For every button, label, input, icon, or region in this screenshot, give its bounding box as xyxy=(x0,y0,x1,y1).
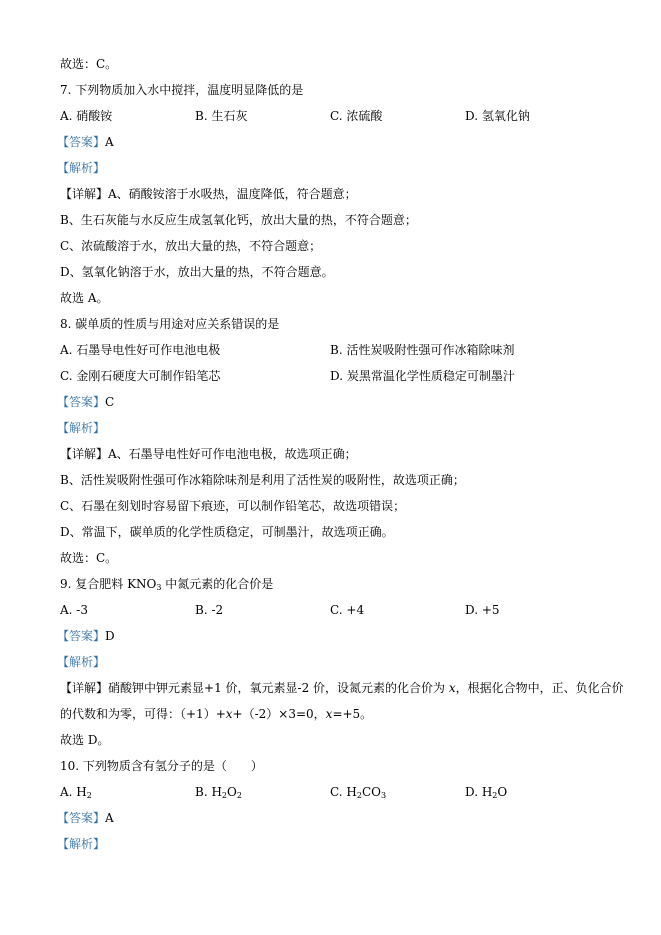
variable-x: x xyxy=(449,681,456,695)
q8-option-c: C. 金刚石硬度大可制作铅笔芯 xyxy=(60,363,330,389)
q9-question: 9. 复合肥料 KNO3 中氮元素的化合价是 xyxy=(60,571,620,597)
q7-options: A. 硝酸铵 B. 生石灰 C. 浓硫酸 D. 氢氧化钠 xyxy=(60,103,620,129)
q7-option-a: A. 硝酸铵 xyxy=(60,103,195,129)
formula-text: O xyxy=(227,785,237,799)
q9-detail-2: 的代数和为零，可得：（+1）+x+（-2）×3=0，x=+5。 xyxy=(60,701,620,727)
q9-options: A. -3 B. -2 C. +4 D. +5 xyxy=(60,597,620,623)
q8-option-b: B. 活性炭吸附性强可作冰箱除味剂 xyxy=(330,337,600,363)
q7-option-d: D. 氢氧化钠 xyxy=(465,103,600,129)
answer-tag: 【答案】 xyxy=(57,629,105,643)
q8-detail-2: B、活性炭吸附性强可作冰箱除味剂是利用了活性炭的吸附性，故选项正确； xyxy=(60,467,620,493)
detail-text: A、硝酸铵溶于水吸热，温度降低，符合题意； xyxy=(108,187,357,201)
formula-text: B. H xyxy=(195,785,222,799)
q10-option-b: B. H2O2 xyxy=(195,779,330,805)
q8-option-d: D. 炭黑常温化学性质稳定可制墨汁 xyxy=(330,363,600,389)
detail-text: 硝酸钾中钾元素显+1 价，氧元素显-2 价，设氮元素的化合价为 xyxy=(108,681,449,695)
answer-value: C xyxy=(105,395,114,409)
q10-answer: 【答案】A xyxy=(60,805,620,831)
formula-text: O xyxy=(497,785,507,799)
question-text: 9. 复合肥料 KNO xyxy=(60,577,156,591)
q8-detail-3: C、石墨在刻划时容易留下痕迹，可以制作铅笔芯，故选项错误； xyxy=(60,493,620,519)
q8-detail-4: D、常温下，碳单质的化学性质稳定，可制墨汁，故选项正确。 xyxy=(60,519,620,545)
subscript: 2 xyxy=(87,791,92,800)
q8-question: 8. 碳单质的性质与用途对应关系错误的是 xyxy=(60,311,620,337)
answer-tag: 【答案】 xyxy=(57,395,105,409)
analysis-tag: 【解析】 xyxy=(57,421,105,435)
answer-value: A xyxy=(105,811,114,825)
q6-conclusion: 故选：C。 xyxy=(60,51,620,77)
subscript: 2 xyxy=(237,791,242,800)
q7-answer: 【答案】A xyxy=(60,129,620,155)
q7-conclusion: 故选 A。 xyxy=(60,285,620,311)
q8-option-a: A. 石墨导电性好可作电池电极 xyxy=(60,337,330,363)
q10-option-a: A. H2 xyxy=(60,779,195,805)
q8-analysis: 【解析】 xyxy=(60,415,620,441)
subscript: 3 xyxy=(381,791,386,800)
answer-tag: 【答案】 xyxy=(57,135,105,149)
q8-options-row1: A. 石墨导电性好可作电池电极 B. 活性炭吸附性强可作冰箱除味剂 xyxy=(60,337,620,363)
detail-text: ，根据化合物中，正、负化合价 xyxy=(456,681,624,695)
q10-question: 10. 下列物质含有氢分子的是（ ） xyxy=(60,753,620,779)
document-page: 故选：C。 7. 下列物质加入水中搅拌，温度明显降低的是 A. 硝酸铵 B. 生… xyxy=(60,51,620,857)
answer-value: D xyxy=(105,629,115,643)
q9-conclusion: 故选 D。 xyxy=(60,727,620,753)
q7-detail-3: C、浓硫酸溶于水，放出大量的热，不符合题意； xyxy=(60,233,620,259)
q8-answer: 【答案】C xyxy=(60,389,620,415)
formula-text: C. H xyxy=(330,785,357,799)
q10-option-d: D. H2O xyxy=(465,779,600,805)
question-text: 中氮元素的化合价是 xyxy=(161,577,273,591)
detail-text: A、石墨导电性好可作电池电极，故选项正确； xyxy=(108,447,357,461)
detail-tag: 【详解】 xyxy=(60,447,108,461)
detail-tag: 【详解】 xyxy=(60,187,108,201)
detail-text: 的代数和为零，可得：（+1）+ xyxy=(60,707,226,721)
q9-option-b: B. -2 xyxy=(195,597,330,623)
detail-text: +（-2）×3=0， xyxy=(233,707,326,721)
q7-detail-4: D、氢氧化钠溶于水，放出大量的热，不符合题意。 xyxy=(60,259,620,285)
q9-option-d: D. +5 xyxy=(465,597,600,623)
answer-tag: 【答案】 xyxy=(57,811,105,825)
analysis-tag: 【解析】 xyxy=(57,161,105,175)
formula-text: D. H xyxy=(465,785,492,799)
q7-detail-1: 【详解】A、硝酸铵溶于水吸热，温度降低，符合题意； xyxy=(60,181,620,207)
q9-answer: 【答案】D xyxy=(60,623,620,649)
q9-detail-1: 【详解】硝酸钾中钾元素显+1 价，氧元素显-2 价，设氮元素的化合价为 x，根据… xyxy=(60,675,620,701)
q7-detail-2: B、生石灰能与水反应生成氢氧化钙，放出大量的热，不符合题意； xyxy=(60,207,620,233)
q10-option-c: C. H2CO3 xyxy=(330,779,465,805)
formula-text: A. H xyxy=(60,785,87,799)
formula-text: CO xyxy=(362,785,381,799)
detail-tag: 【详解】 xyxy=(60,681,108,695)
q8-options-row2: C. 金刚石硬度大可制作铅笔芯 D. 炭黑常温化学性质稳定可制墨汁 xyxy=(60,363,620,389)
q8-conclusion: 故选：C。 xyxy=(60,545,620,571)
q8-detail-1: 【详解】A、石墨导电性好可作电池电极，故选项正确； xyxy=(60,441,620,467)
q10-analysis: 【解析】 xyxy=(60,831,620,857)
q10-options: A. H2 B. H2O2 C. H2CO3 D. H2O xyxy=(60,779,620,805)
q7-analysis: 【解析】 xyxy=(60,155,620,181)
q7-option-b: B. 生石灰 xyxy=(195,103,330,129)
analysis-tag: 【解析】 xyxy=(57,837,105,851)
variable-x: x xyxy=(226,707,233,721)
q7-question: 7. 下列物质加入水中搅拌，温度明显降低的是 xyxy=(60,77,620,103)
q9-analysis: 【解析】 xyxy=(60,649,620,675)
detail-text: =+5。 xyxy=(332,707,372,721)
answer-value: A xyxy=(105,135,114,149)
q7-option-c: C. 浓硫酸 xyxy=(330,103,465,129)
q9-option-a: A. -3 xyxy=(60,597,195,623)
analysis-tag: 【解析】 xyxy=(57,655,105,669)
q9-option-c: C. +4 xyxy=(330,597,465,623)
